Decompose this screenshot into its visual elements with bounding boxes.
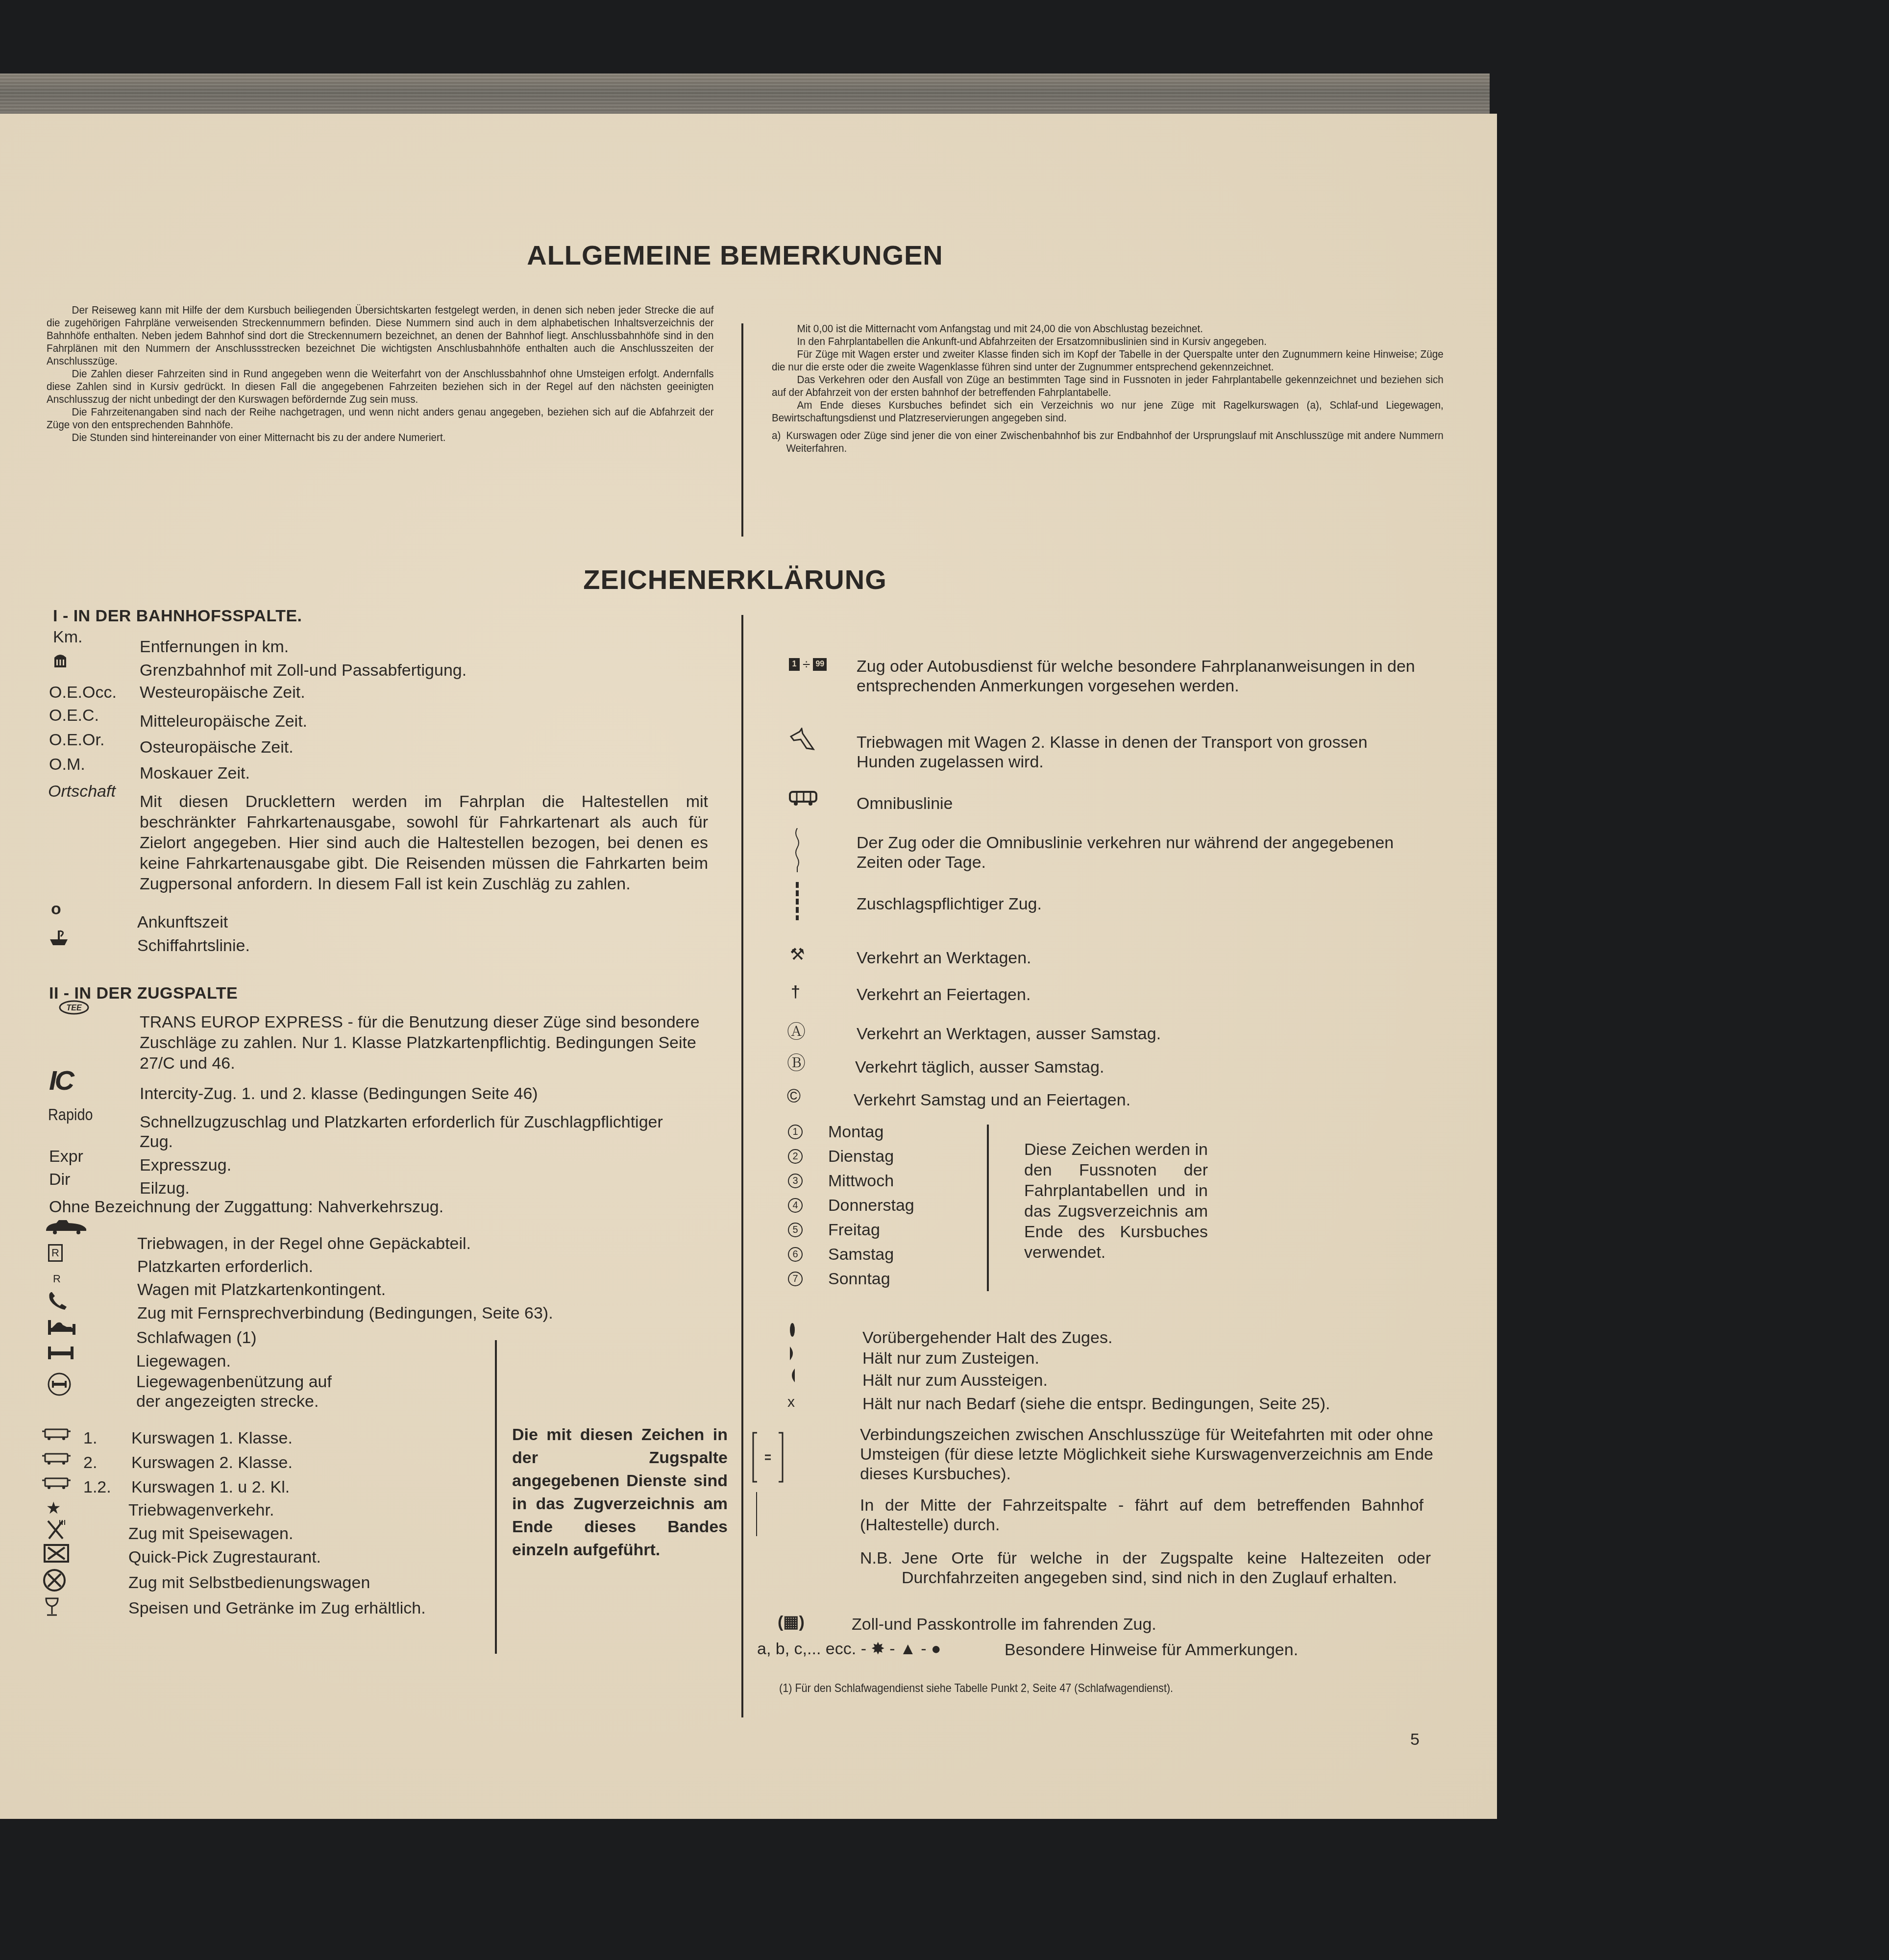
weekday-item: 5Freitag [788,1218,914,1242]
legend-text: TRANS EUROP EXPRESS - für die Benutzung … [140,1012,708,1074]
legend-text: Zug mit Speisewagen. [128,1524,293,1543]
section-station-column-heading: I - IN DER BAHNHOFSSPALTE. [53,607,302,626]
general-paragraph: In den Fahrplantabellen die Ankunft-und … [772,335,1444,348]
legend-text: Zuschlagspflichtiger Zug. [857,894,1042,914]
reservation-required-icon: R [48,1241,63,1262]
couchette-circle-icon [47,1372,72,1401]
special-notes-symbols: a, b, c,... ecc. - ✸ - ▲ - ● [757,1639,941,1659]
legend-text: Verkehrt Samstag und an Feiertagen. [854,1090,1130,1110]
circled-c-icon: © [787,1087,801,1106]
legend-text: Kurswagen 2. Klasse. [131,1453,293,1472]
general-paragraph: Das Verkehren oder den Ausfall von Züge … [772,373,1444,399]
legend-text: Verkehrt täglich, ausser Samstag. [855,1057,1104,1077]
weekday-number-icon: 2 [788,1149,803,1164]
legend-text: Hält nur nach Bedarf (siehe die entspr. … [862,1394,1330,1414]
svg-text:TEE: TEE [66,1004,82,1012]
legend-text: Schnellzugzuschlag und Platzkarten erfor… [140,1112,679,1151]
through-coach-2-icon [41,1450,72,1470]
timetable-note-range-icon: 1÷99 [789,655,827,674]
boarding-only-icon [789,1345,796,1366]
legend-text: Grenzbahnhof mit Zoll-und Passabfertigun… [140,661,466,680]
legend-text: Liegewagen. [136,1351,231,1371]
legend-text: Quick-Pick Zugrestaurant. [128,1547,321,1567]
weekday-number-icon: 1 [788,1125,803,1139]
arrival-symbol: o [51,899,61,919]
express-symbol: Expr [49,1147,83,1166]
holidays-icon: † [791,982,800,1002]
connection-note: Verbindungszeichen zwischen Anschlusszüg… [860,1425,1433,1484]
page-number: 5 [1410,1730,1420,1749]
legend-text: Entfernungen in km. [140,637,289,657]
legend-text: Zoll-und Passkontrolle im fahrenden Zug. [852,1615,1156,1634]
general-remarks-title: ALLGEMEINE BEMERKUNGEN [527,239,943,271]
general-paragraph: Die Zahlen dieser Fahrzeiten sind in Run… [47,367,714,406]
legend-text: Verkehrt an Feiertagen. [857,985,1030,1004]
temporary-stop-icon [789,1322,796,1343]
general-paragraph: Die Fahrzeitenangaben sind nach der Reih… [47,406,714,431]
footnote-a-text: Kurswagen oder Züge sind jener die von e… [786,429,1443,455]
weu-time-symbol: O.E.Occ. [49,683,117,702]
legend-text: Vorübergehender Halt des Zuges. [862,1328,1112,1347]
legend-text: Zug mit Selbstbedienungswagen [128,1573,370,1592]
intercity-icon: IC [49,1071,73,1090]
dog-icon [789,728,818,757]
legend-title: ZEICHENERKLÄRUNG [583,563,887,595]
legend-text: Osteuropäische Zeit. [140,737,294,757]
bus-icon [789,790,817,811]
legend-text: Intercity-Zug. 1. und 2. klasse (Bedingu… [140,1084,538,1103]
weekday-note: Diese Zeichen werden in den Fussnoten de… [1024,1139,1208,1263]
legend-text: Zug mit Fernsprechverbindung (Bedingunge… [137,1303,553,1323]
pass-through-note: In der Mitte der Fahrzeitspalte - fährt … [860,1495,1423,1535]
legend-text: Speisen und Getränke im Zug erhältlich. [128,1598,426,1618]
legend-text: Omnibuslinie [857,794,953,813]
footnote-a-label: a) [772,429,786,455]
services-brace-note: Die mit diesen Zeichen in der Zugspalte … [512,1423,728,1562]
legend-text: Schlafwagen (1) [136,1328,257,1347]
reservation-quota-symbol: R [53,1269,61,1289]
legend-text: Hält nur zum Aussteigen. [862,1371,1048,1390]
legend-text: Expresszug. [140,1155,231,1175]
moscow-time-symbol: O.M. [49,755,85,774]
pass-through-line-icon [755,1492,759,1541]
legend-text: Kurswagen 1. u 2. Kl. [131,1477,290,1497]
rapido-symbol: Rapido [48,1105,93,1125]
legend-text: Triebwagen, in der Regel ohne Gepäckabte… [137,1234,471,1253]
weekday-number-icon: 6 [788,1247,803,1262]
legend-text: Ankunftszeit [137,912,228,932]
weekday-item: 6Samstag [788,1242,914,1267]
services-brace [488,1340,497,1654]
weekday-item: 4Donnerstag [788,1193,914,1218]
legend-text: Triebwagenverkehr. [128,1500,274,1520]
couchette-icon [47,1345,74,1365]
general-paragraph: Mit 0,00 ist die Mitternacht vom Anfangs… [772,322,1444,335]
through-coach-1-icon [41,1426,72,1445]
customs-on-train-icon: (▦) [778,1612,805,1632]
circled-a-icon: Ⓐ [787,1022,806,1042]
legend-text: Kurswagen 1. Klasse. [131,1428,293,1448]
circled-b-icon: Ⓑ [787,1053,806,1073]
footnote-a: a) Kurswagen oder Züge sind jener die vo… [772,429,1444,455]
column-divider-bottom [741,615,743,1717]
ortschaft-symbol: Ortschaft [48,782,116,801]
legend-text: Verkehrt an Werktagen, ausser Samstag. [857,1024,1161,1044]
quick-pick-icon [43,1543,70,1568]
weekday-number-icon: 4 [788,1198,803,1213]
weekday-brace [980,1125,989,1291]
legend-text: Der Zug oder die Omnibuslinie verkehren … [857,833,1425,872]
request-stop-symbol: x [787,1393,795,1412]
legend-text: Mitteleuropäische Zeit. [140,711,307,731]
column-divider-top [741,323,743,537]
legend-text: Platzkarten erforderlich. [137,1257,313,1276]
weekday-item: 2Dienstag [788,1144,914,1169]
tee-icon: TEE [59,1000,89,1019]
coach-class-label: 1. [83,1428,97,1448]
sleeper-footnote: (1) Für den Schlafwagendienst siehe Tabe… [779,1682,1173,1695]
legend-text: Liegewagenbenützung auf der angezeigten … [136,1372,342,1411]
general-right-column: Mit 0,00 ist die Mitternacht vom Anfangs… [772,322,1444,455]
star-icon: ★ [46,1498,61,1518]
special-notes-text: Besondere Hinweise für Ammerkungen. [1005,1640,1298,1660]
coach-class-label: 2. [83,1453,97,1472]
legend-text: Verkehrt an Werktagen. [857,948,1031,968]
legend-text: Eilzug. [140,1178,190,1198]
weekday-number-icon: 5 [788,1223,803,1237]
legend-text: Mit diesen Drucklettern werden im Fahrpl… [140,791,708,894]
weekday-list: 1Montag 2Dienstag 3Mittwoch 4Donnerstag … [788,1120,914,1291]
nb-label: N.B. [860,1548,892,1568]
wavy-line-icon [793,828,802,877]
alighting-only-icon [789,1367,796,1388]
legend-text: Hält nur zum Zusteigen. [862,1348,1039,1368]
general-paragraph: Die Stunden sind hintereinander von eine… [47,431,714,444]
self-service-icon [42,1568,67,1597]
ship-icon [49,929,69,953]
legend-text: Zug oder Autobusdienst für welche besond… [857,657,1425,696]
sleeper-icon [47,1318,76,1340]
railcar-icon [44,1219,88,1239]
ceu-time-symbol: O.E.C. [49,706,99,725]
dashed-line-icon [794,882,801,926]
legend-text: Moskauer Zeit. [140,763,250,783]
weekday-item: 1Montag [788,1120,914,1144]
km-symbol: Km. [53,627,82,647]
weekday-number-icon: 7 [788,1272,803,1286]
general-paragraph: Der Reiseweg kann mit Hilfe der dem Kurs… [47,304,714,367]
weekday-number-icon: 3 [788,1174,803,1188]
border-station-icon [53,652,68,673]
weekday-item: 3Mittwoch [788,1169,914,1193]
general-left-column: Der Reiseweg kann mit Hilfe der dem Kurs… [47,304,714,444]
through-coach-12-icon [41,1475,72,1494]
eeu-time-symbol: O.E.Or. [49,730,104,750]
direct-symbol: Dir [49,1170,70,1189]
legend-text: Wagen mit Platzkartenkontingent. [137,1280,386,1299]
nb-text: Jene Orte für welche in der Zugspalte ke… [902,1548,1431,1588]
workdays-icon: ⚒ [790,945,805,964]
telephone-icon [47,1291,69,1315]
weekday-item: 7Sonntag [788,1267,914,1291]
legend-text: Westeuropäische Zeit. [140,683,305,702]
general-paragraph: Am Ende dieses Kursbuches befindet sich … [772,399,1444,424]
connection-bracket-icon [748,1431,787,1489]
glass-icon [44,1596,60,1621]
legend-text: Triebwagen mit Wagen 2. Klasse in denen … [857,733,1425,772]
legend-text: Schiffahrtslinie. [137,936,250,955]
reservation-r-symbol: R [48,1244,63,1262]
coach-class-label: 1.2. [83,1477,111,1497]
no-designation-note: Ohne Bezeichnung der Zuggattung: Nahverk… [49,1197,443,1217]
general-paragraph: Für Züge mit Wagen erster und zweiter Kl… [772,348,1444,373]
dining-car-icon [46,1519,66,1545]
